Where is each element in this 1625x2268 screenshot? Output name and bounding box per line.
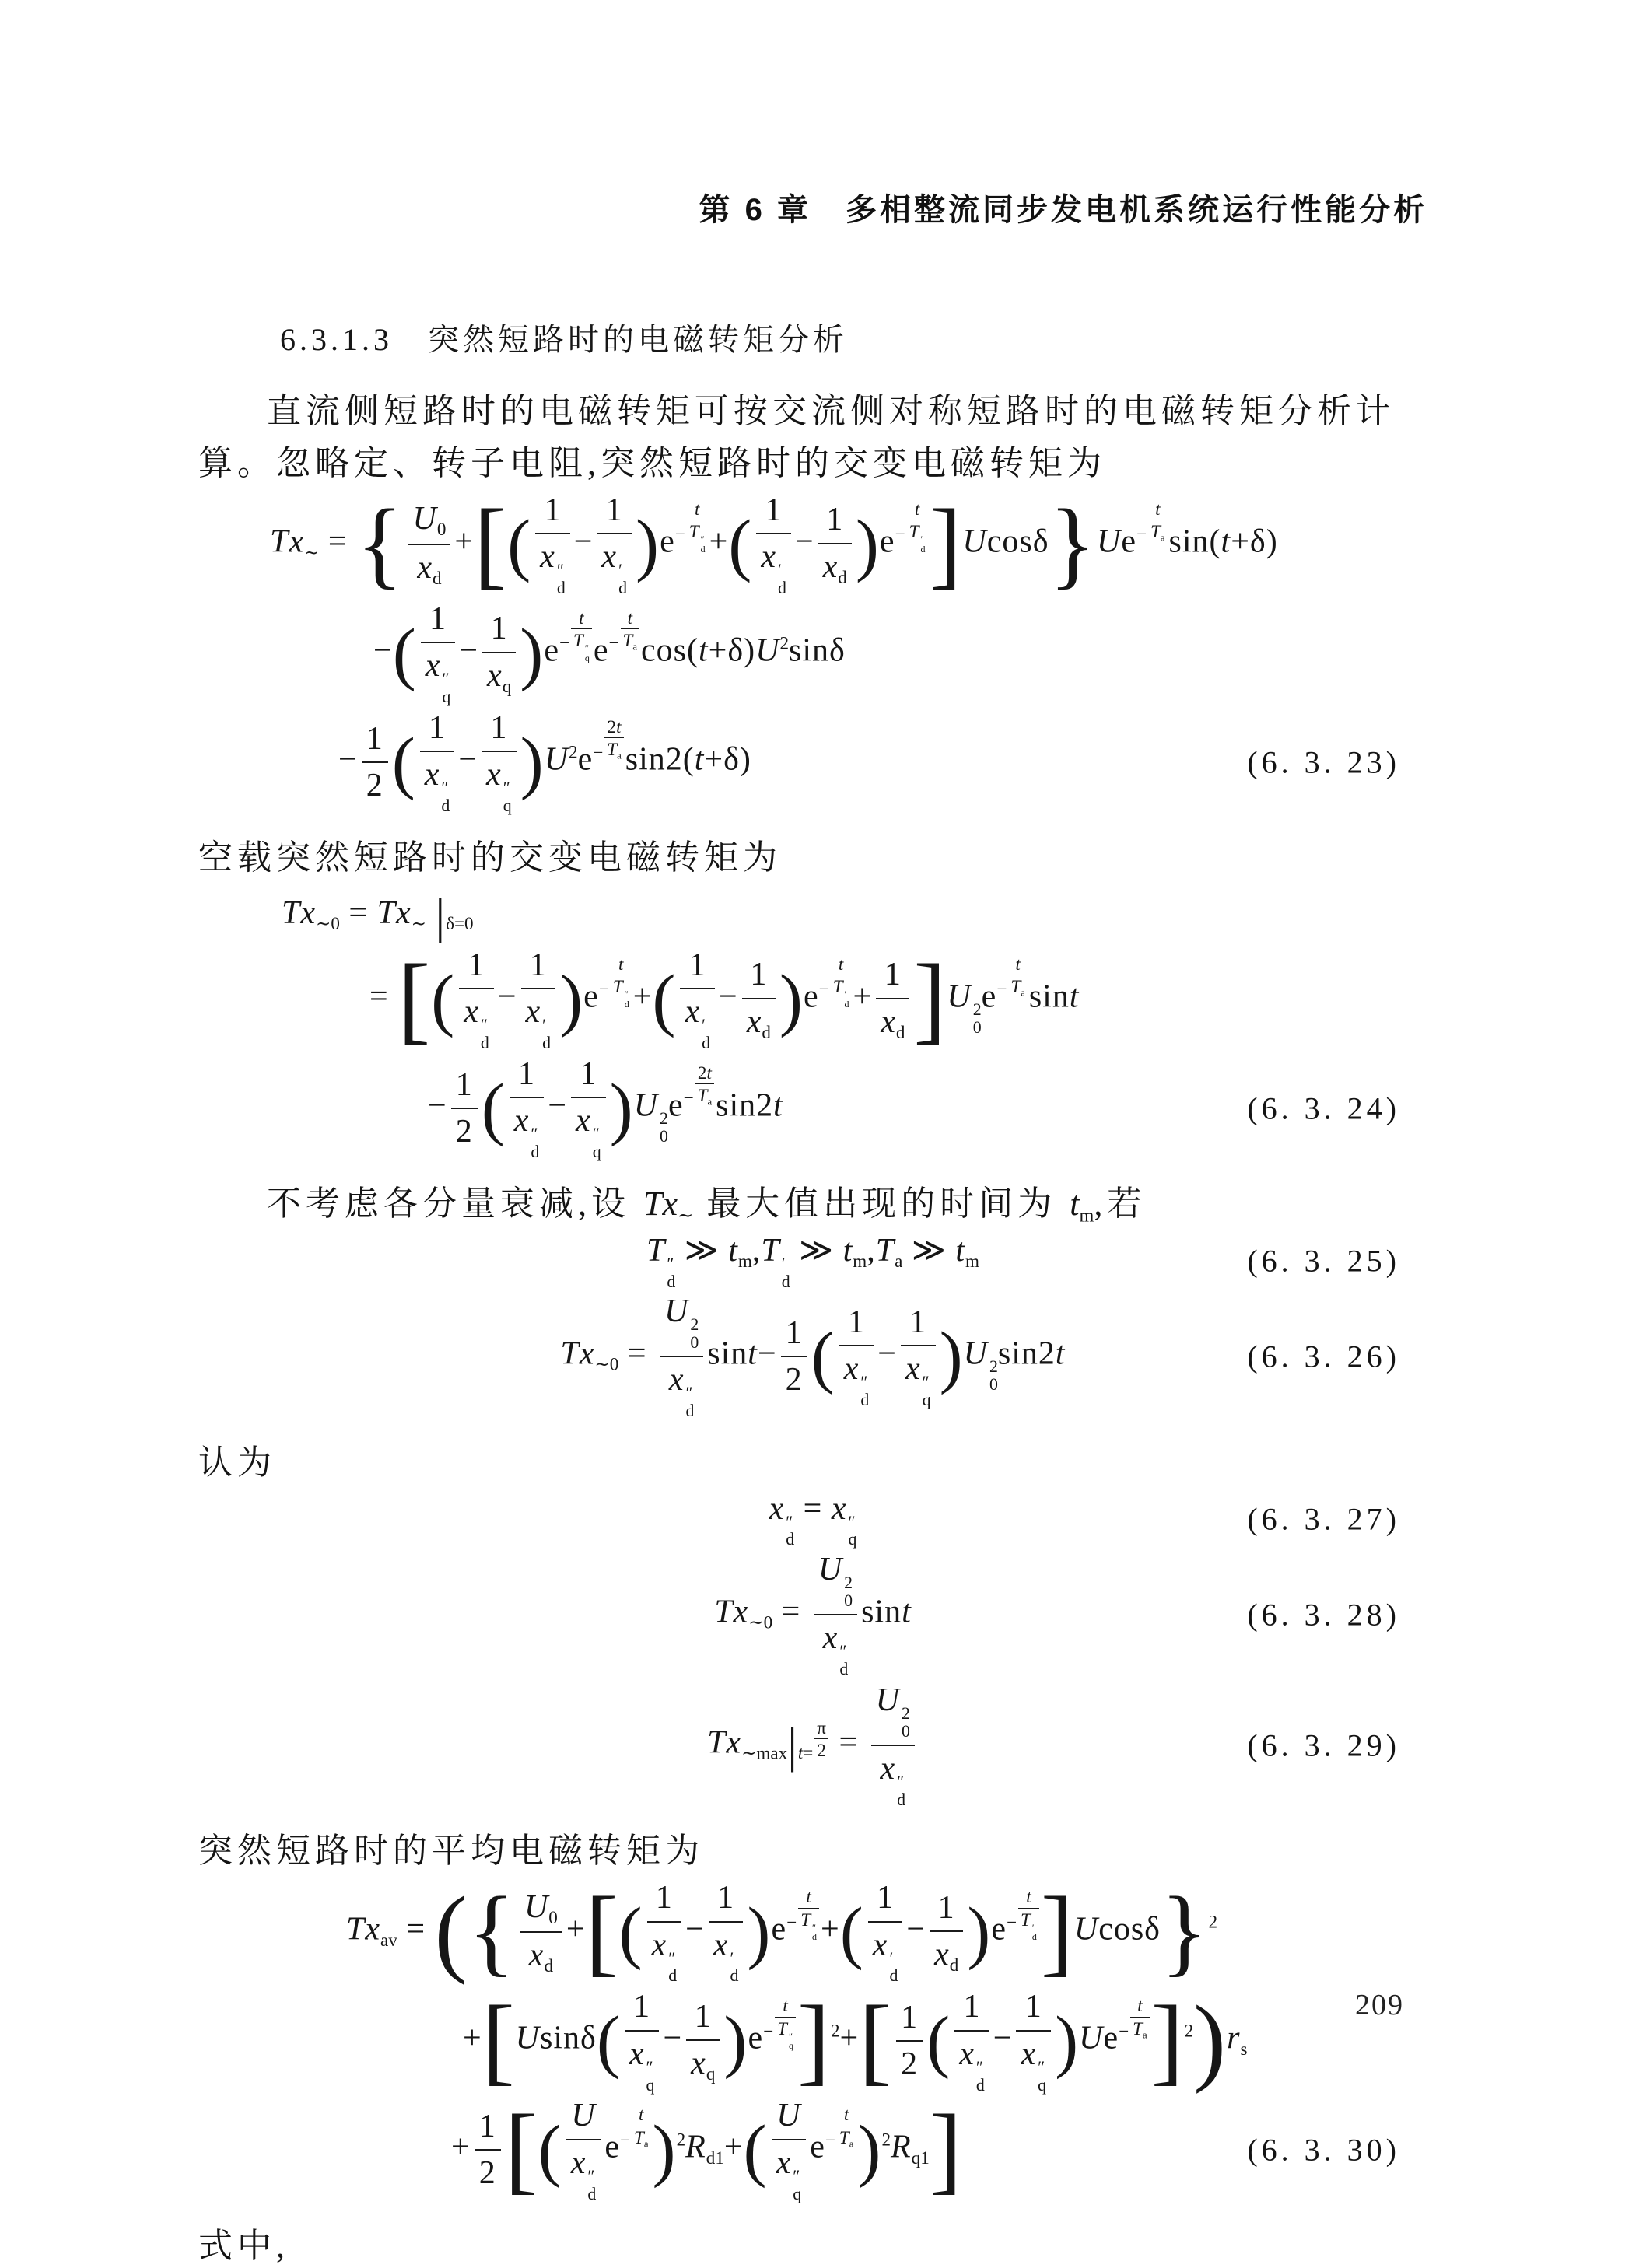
equation-line: +[Usinδ(1x″q−1xq)e−tT″q]2+[12(1x″d−1x″q)… — [198, 1986, 1427, 2095]
equation-body: Tx∼0 = Tx∼ |δ=0 — [282, 894, 474, 934]
equation-number: (6. 3. 25) — [1247, 1243, 1400, 1279]
equation-line: Tx∼ = {U0xd+[(1x″d−1x′d)e−tT″d+(1x′d−1xd… — [198, 490, 1427, 599]
equation-line: −(1x″q−1xq)e−tT″qe−tTacos(t+δ)U2sinδ — [198, 599, 1427, 708]
document-page: 第 6 章 多相整流同步发电机系统运行性能分析 6.3.1.3 突然短路时的电磁… — [0, 0, 1625, 2268]
equation-body: x″d = x″q — [769, 1490, 857, 1549]
paragraph-no-load: 空载突然短路时的交变电磁转矩为 — [198, 832, 1427, 884]
equation-6-3-30: Txav = ({U0xd+[(1x″d−1x′d)e−tT″d+(1x′d−1… — [198, 1878, 1427, 2204]
equation-body: Tx∼ = {U0xd+[(1x″d−1x′d)e−tT″d+(1x′d−1xd… — [270, 490, 1278, 599]
equation-number: (6. 3. 23) — [1247, 744, 1400, 780]
equation-line: Tx∼0 = Tx∼ |δ=0 — [198, 884, 1427, 945]
page-number: 209 — [1355, 1988, 1404, 2022]
equation-line: −12(1x″d−1x″q)U2e−2tTasin2(t+δ) (6. 3. 2… — [198, 708, 1427, 817]
equation-number: (6. 3. 30) — [1247, 2132, 1400, 2168]
equation-body: T″d ≫ tm,T′d ≫ tm,Ta ≫ tm — [646, 1230, 979, 1291]
equation-number: (6. 3. 27) — [1247, 1501, 1400, 1538]
equation-line: = [(1x″d−1x′d)e−tT″d+(1x′d−1xd)e−tT′d+1x… — [198, 945, 1427, 1054]
equation-line: T″d ≫ tm,T′d ≫ tm,Ta ≫ tm (6. 3. 25) — [198, 1230, 1427, 1291]
equation-line: Tx∼0 = U20x″dsint (6. 3. 28) — [198, 1549, 1427, 1680]
equation-body: −(1x″q−1xq)e−tT″qe−tTacos(t+δ)U2sinδ — [373, 599, 846, 708]
equation-line: Tx∼max|t=π2 = U20x″d (6. 3. 29) — [198, 1680, 1427, 1811]
equation-6-3-24: Tx∼0 = Tx∼ |δ=0 = [(1x″d−1x′d)e−tT″d+(1x… — [198, 884, 1427, 1163]
paragraph-where: 式中, — [198, 2221, 1427, 2268]
equation-6-3-29: Tx∼max|t=π2 = U20x″d (6. 3. 29) — [198, 1680, 1427, 1811]
equation-6-3-27: x″d = x″q (6. 3. 27) — [198, 1489, 1427, 1549]
equation-line: +12[(Ux″de−tTa)2Rd1+(Ux″qe−tTa)2Rq1] (6.… — [198, 2095, 1427, 2204]
equation-body: −12(1x″d−1x″q)U2e−2tTasin2(t+δ) — [338, 708, 751, 817]
paragraph-decay: 不考虑各分量衰减,设 Tx∼ 最大值出现的时间为 tm,若 — [198, 1178, 1427, 1230]
equation-line: Tx∼0 = U20x″dsint−12(1x″d−1x″q)U20sin2t … — [198, 1291, 1427, 1422]
equation-body: Txav = ({U0xd+[(1x″d−1x′d)e−tT″d+(1x′d−1… — [346, 1878, 1217, 1986]
equation-line: x″d = x″q (6. 3. 27) — [198, 1489, 1427, 1549]
paragraph-assume: 认为 — [198, 1437, 1427, 1489]
equation-body: Tx∼0 = U20x″dsint−12(1x″d−1x″q)U20sin2t — [560, 1291, 1065, 1422]
equation-body: +[Usinδ(1x″q−1xq)e−tT″q]2+[12(1x″d−1x″q)… — [463, 1986, 1248, 2095]
equation-body: −12(1x″d−1x″q)U20e−2tTasin2t — [428, 1054, 783, 1163]
equation-body: Tx∼max|t=π2 = U20x″d — [707, 1680, 919, 1811]
equation-number: (6. 3. 28) — [1247, 1597, 1400, 1633]
equation-6-3-23: Tx∼ = {U0xd+[(1x″d−1x′d)e−tT″d+(1x′d−1xd… — [198, 490, 1427, 817]
equation-body: Tx∼0 = U20x″dsint — [714, 1549, 912, 1680]
equation-6-3-28: Tx∼0 = U20x″dsint (6. 3. 28) — [198, 1549, 1427, 1680]
equation-number: (6. 3. 29) — [1247, 1727, 1400, 1763]
equation-body: +12[(Ux″de−tTa)2Rd1+(Ux″qe−tTa)2Rq1] — [451, 2095, 963, 2204]
paragraph-average: 突然短路时的平均电磁转矩为 — [198, 1825, 1427, 1878]
paragraph-intro: 直流侧短路时的电磁转矩可按交流侧对称短路时的电磁转矩分析计算。忽略定、转子电阻,… — [198, 386, 1427, 490]
equation-line: −12(1x″d−1x″q)U20e−2tTasin2t (6. 3. 24) — [198, 1054, 1427, 1163]
chapter-header: 第 6 章 多相整流同步发电机系统运行性能分析 — [198, 185, 1427, 229]
equation-6-3-25: T″d ≫ tm,T′d ≫ tm,Ta ≫ tm (6. 3. 25) — [198, 1230, 1427, 1291]
equation-number: (6. 3. 26) — [1247, 1338, 1400, 1374]
equation-6-3-26: Tx∼0 = U20x″dsint−12(1x″d−1x″q)U20sin2t … — [198, 1291, 1427, 1422]
section-heading: 6.3.1.3 突然短路时的电磁转矩分析 — [198, 315, 1427, 359]
equation-line: Txav = ({U0xd+[(1x″d−1x′d)e−tT″d+(1x′d−1… — [198, 1878, 1427, 1986]
equation-number: (6. 3. 24) — [1247, 1090, 1400, 1126]
equation-body: = [(1x″d−1x′d)e−tT″d+(1x′d−1xd)e−tT′d+1x… — [369, 945, 1080, 1054]
